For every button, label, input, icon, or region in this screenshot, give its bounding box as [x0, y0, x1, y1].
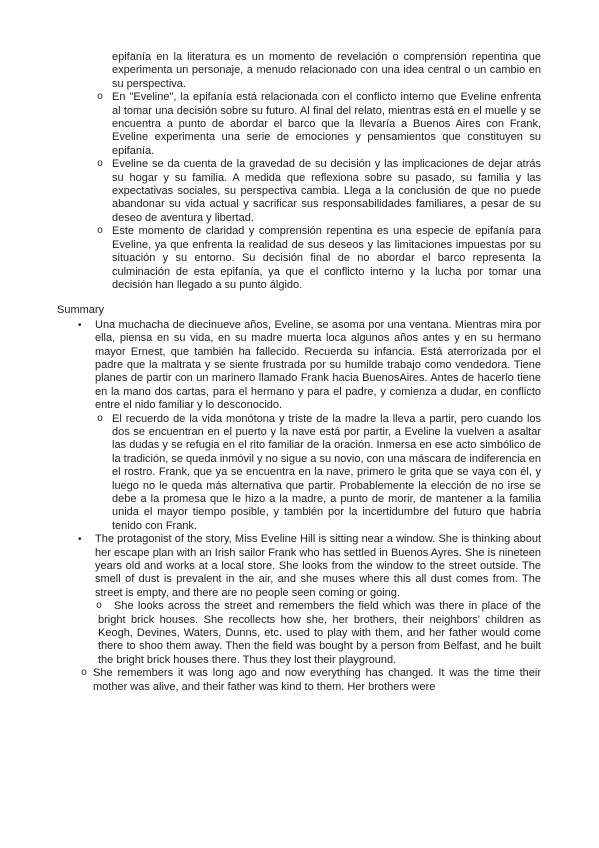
- summary-sub-item-2-1: o She looks across the street and rememb…: [98, 600, 541, 667]
- circle-bullet-marker: o: [97, 91, 103, 104]
- epiphany-bullet-item-3: o Este momento de claridad y comprensión…: [112, 225, 541, 292]
- dot-bullet-marker: •: [78, 533, 82, 546]
- bullet-item-text: En "Eveline", la epifanía está relaciona…: [112, 91, 541, 157]
- bullet-item-text: The protagonist of the story, Miss Eveli…: [95, 533, 541, 599]
- circle-bullet-marker: o: [97, 413, 103, 426]
- circle-bullet-marker: o: [97, 225, 103, 238]
- summary-bullet-item-2: • The protagonist of the story, Miss Eve…: [95, 533, 541, 600]
- summary-sub-item-2-2: o She remembers it was long ago and now …: [93, 667, 541, 694]
- bullet-item-text: Eveline se da cuenta de la gravedad de s…: [112, 158, 541, 224]
- circle-bullet-marker: o: [97, 158, 103, 171]
- bullet-item-text: El recuerdo de la vida monótona y triste…: [112, 413, 541, 532]
- continuation-paragraph: epifanía en la literatura es un momento …: [112, 51, 541, 91]
- summary-sub-item-1-1: o El recuerdo de la vida monótona y tris…: [112, 413, 541, 534]
- summary-heading: Summary: [57, 304, 599, 317]
- bullet-item-text: She remembers it was long ago and now ev…: [93, 667, 541, 692]
- epiphany-bullet-item-2: o Eveline se da cuenta de la gravedad de…: [112, 158, 541, 225]
- document-page: epifanía en la literatura es un momento …: [0, 0, 599, 848]
- epiphany-bullet-item-1: o En "Eveline", la epifanía está relacio…: [112, 91, 541, 158]
- dot-bullet-marker: •: [78, 319, 82, 332]
- circle-bullet-marker: o: [96, 600, 102, 613]
- bullet-item-text: She looks across the street and remember…: [98, 600, 541, 666]
- bullet-item-text: Una muchacha de diecinueve años, Eveline…: [95, 319, 541, 411]
- circle-bullet-marker: o: [81, 667, 87, 680]
- summary-bullet-item-1: • Una muchacha de diecinueve años, Eveli…: [95, 319, 541, 413]
- bullet-item-text: Este momento de claridad y comprensión r…: [112, 225, 541, 291]
